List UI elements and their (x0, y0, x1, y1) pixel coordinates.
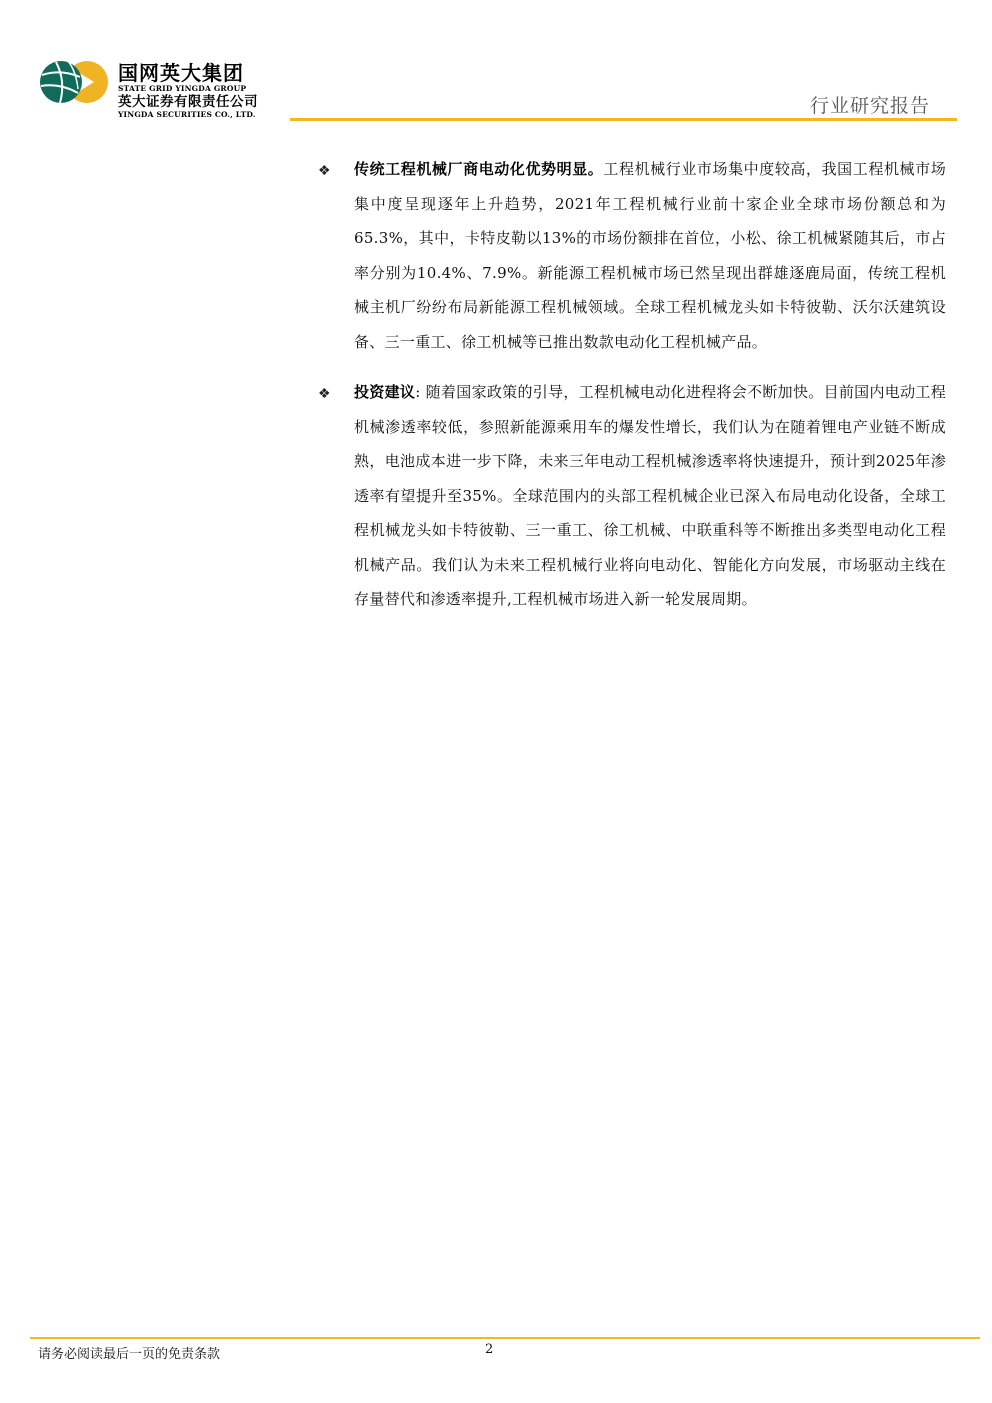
company-logo-text: 国网英大集团 STATE GRID YINGDA GROUP 英大证券有限责任公… (118, 62, 258, 120)
footer-divider (30, 1337, 980, 1339)
paragraph: 投资建议: 随着国家政策的引导，工程机械电动化进程将会不断加快。目前国内电动工程… (354, 375, 946, 617)
diamond-bullet-icon: ❖ (318, 377, 331, 412)
paragraph-text: 工程机械行业市场集中度较高，我国工程机械市场集中度呈现逐年上升趋势，2021年工… (354, 160, 946, 351)
bullet-paragraph-electrification-advantage: ❖ 传统工程机械厂商电动化优势明显。工程机械行业市场集中度较高，我国工程机械市场… (318, 152, 946, 359)
company-name-cn: 英大证券有限责任公司 (118, 94, 258, 110)
report-type-title: 行业研究报告 (810, 91, 930, 118)
paragraph: 传统工程机械厂商电动化优势明显。工程机械行业市场集中度较高，我国工程机械市场集中… (354, 152, 946, 359)
paragraph-text: 随着国家政策的引导，工程机械电动化进程将会不断加快。目前国内电动工程机械渗透率较… (354, 383, 946, 608)
paragraph-lead: 传统工程机械厂商电动化优势明显。 (354, 160, 603, 178)
diamond-bullet-icon: ❖ (318, 154, 331, 189)
bullet-paragraph-investment-advice: ❖ 投资建议: 随着国家政策的引导，工程机械电动化进程将会不断加快。目前国内电动… (318, 375, 946, 617)
page-header: 国网英大集团 STATE GRID YINGDA GROUP 英大证券有限责任公… (0, 0, 992, 130)
page-number: 2 (485, 1342, 493, 1357)
lead-separator: : (415, 383, 425, 401)
group-name-en: STATE GRID YINGDA GROUP (118, 84, 258, 94)
paragraph-lead: 投资建议 (354, 383, 415, 401)
document-body: ❖ 传统工程机械厂商电动化优势明显。工程机械行业市场集中度较高，我国工程机械市场… (318, 152, 946, 633)
group-name-cn: 国网英大集团 (118, 62, 258, 84)
state-grid-yingda-logo-icon (38, 59, 110, 105)
company-name-en: YINGDA SECURITIES CO., LTD. (118, 110, 258, 120)
footer-disclaimer: 请务必阅读最后一页的免责条款 (38, 1343, 220, 1362)
header-divider (290, 118, 957, 121)
